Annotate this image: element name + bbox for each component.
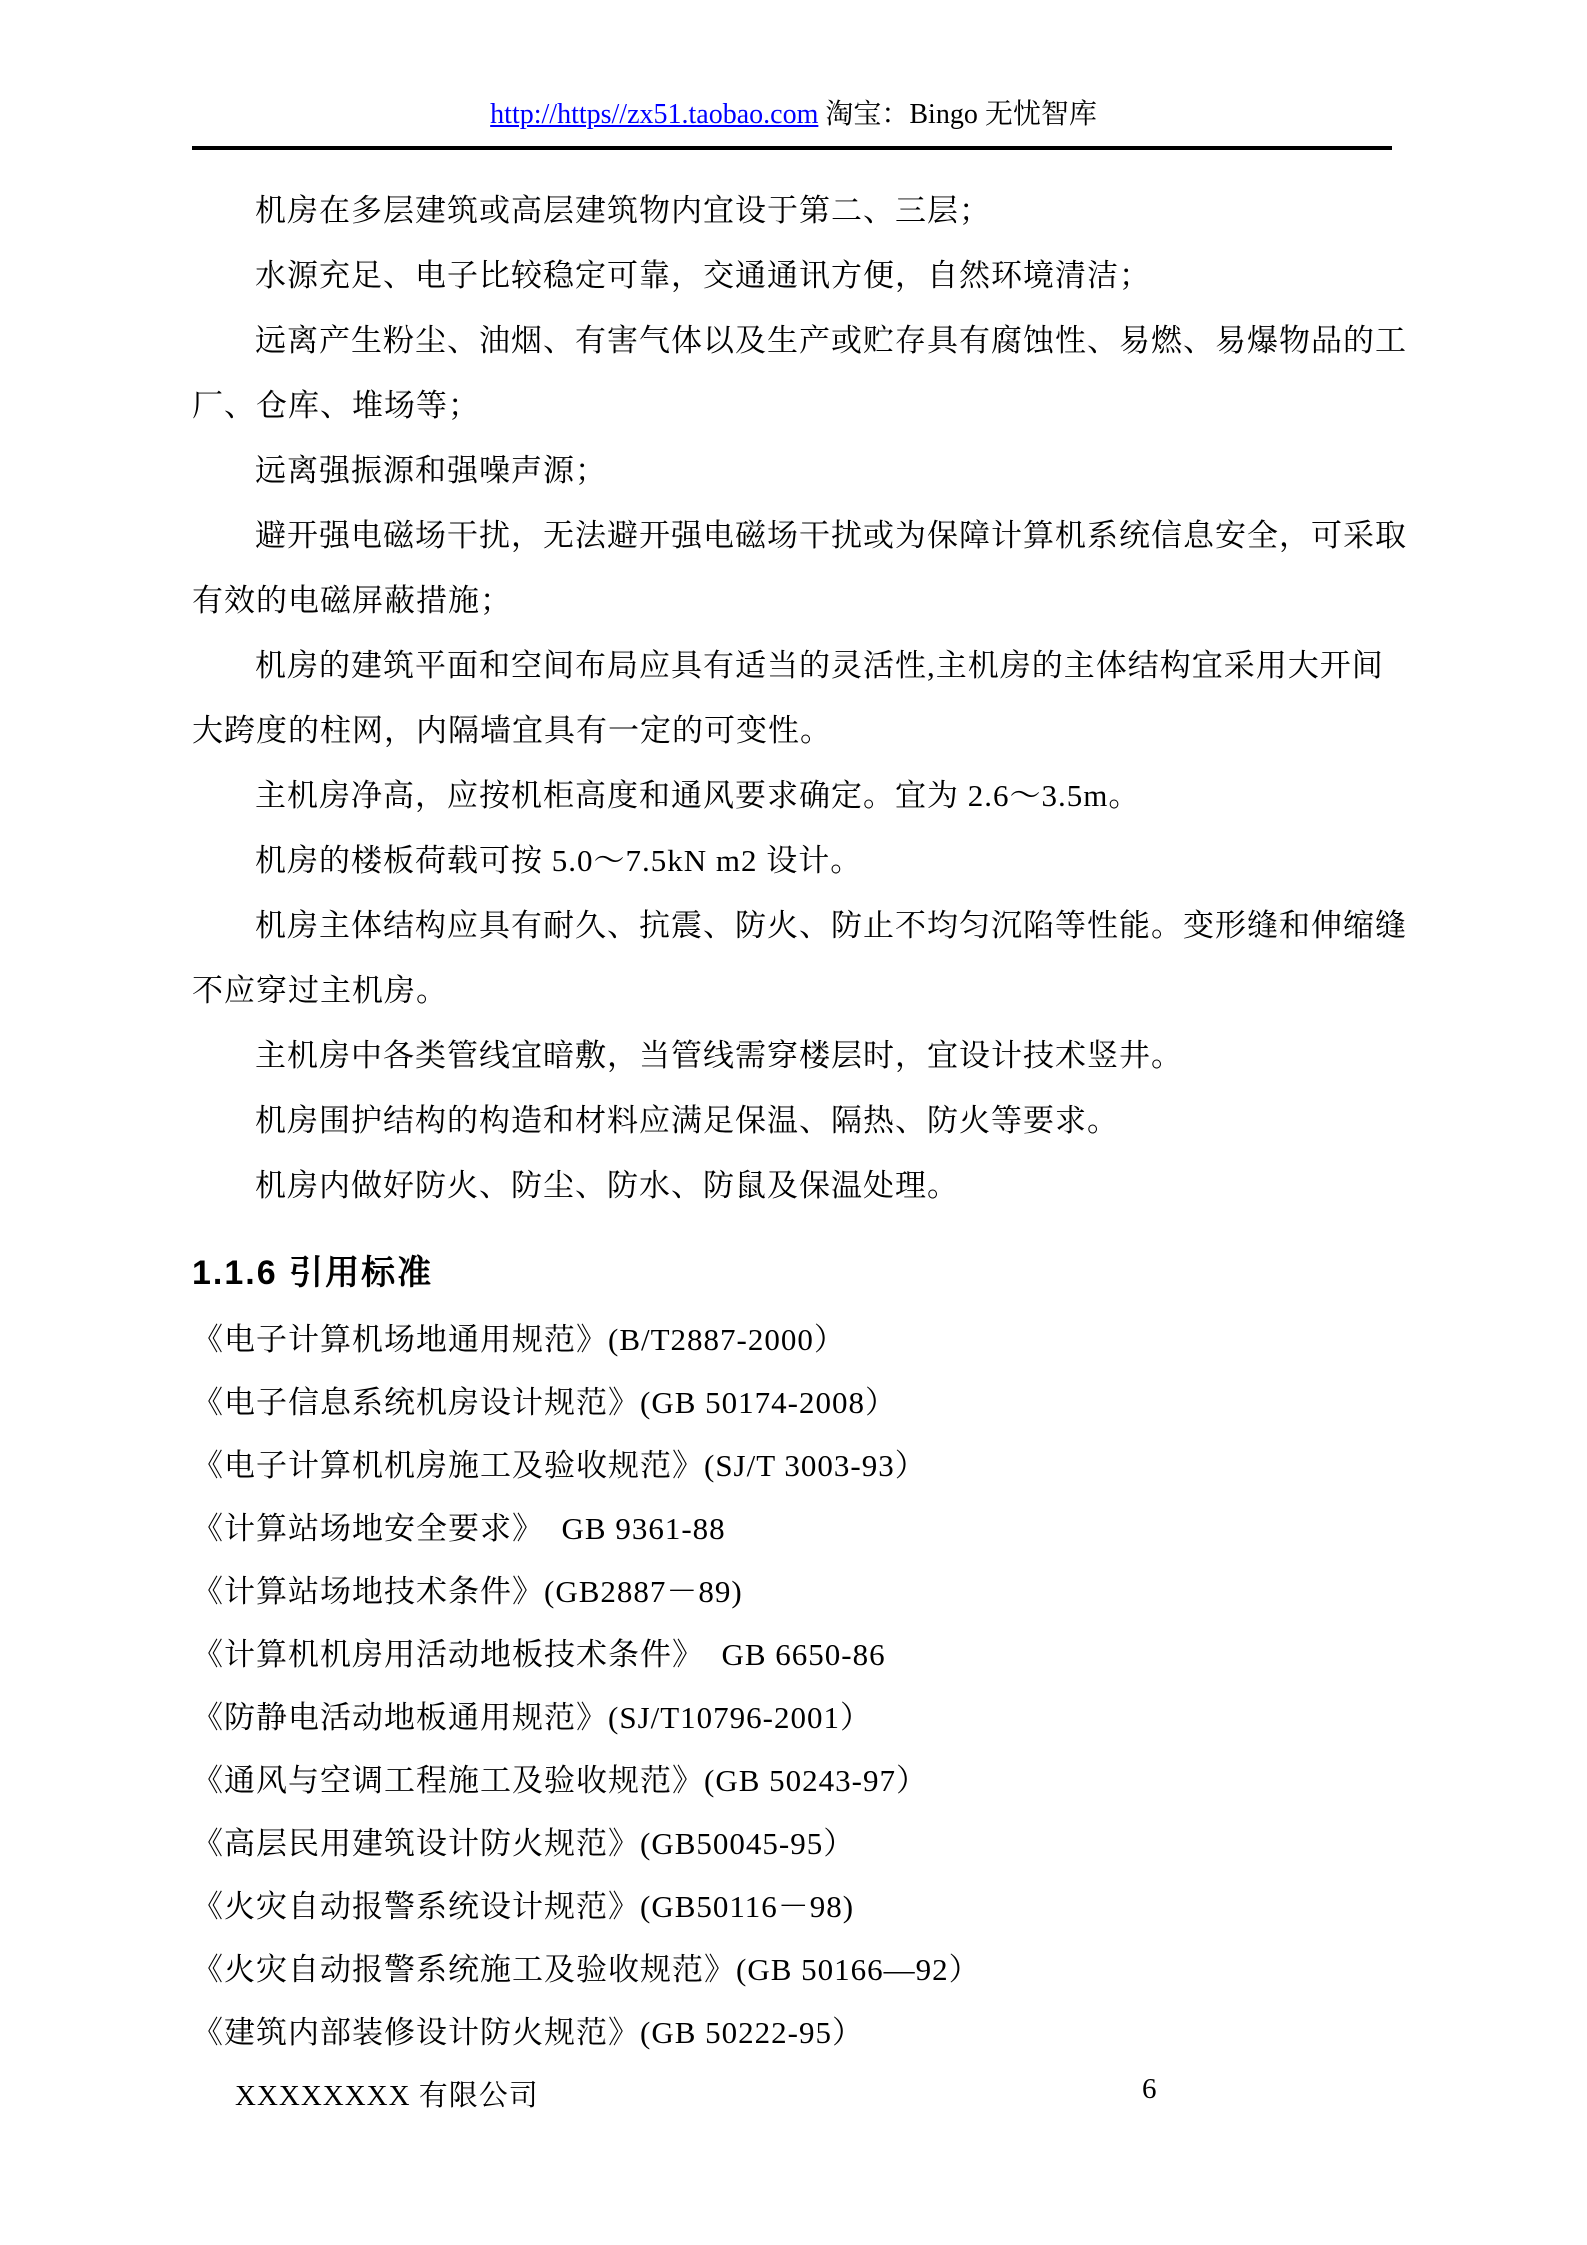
standard-item: 《建筑内部装修设计防火规范》(GB 50222-95） — [192, 2001, 1395, 2064]
body-line: 水源充足、电子比较稳定可靠，交通通讯方便，自然环境清洁； — [192, 243, 1395, 308]
header-link[interactable]: http://https//zx51.taobao.com — [490, 99, 818, 130]
body-line: 机房主体结构应具有耐久、抗震、防火、防止不均匀沉陷等性能。变形缝和伸缩缝 — [192, 893, 1395, 958]
footer-company-name: XXXXXXXX 有限公司 — [235, 2073, 539, 2114]
body-line: 机房的建筑平面和空间布局应具有适当的灵活性,主机房的主体结构宜采用大开间 — [192, 633, 1395, 698]
body-line: 有效的电磁屏蔽措施； — [192, 568, 1395, 633]
document-body: 机房在多层建筑或高层建筑物内宜设于第二、三层； 水源充足、电子比较稳定可靠，交通… — [192, 178, 1395, 2064]
body-line: 厂、仓库、堆场等； — [192, 373, 1395, 438]
body-line: 机房内做好防火、防尘、防水、防鼠及保温处理。 — [192, 1153, 1395, 1218]
section-heading: 1.1.6 引用标准 — [192, 1238, 1395, 1308]
standard-item: 《电子信息系统机房设计规范》(GB 50174-2008） — [192, 1371, 1395, 1434]
body-line: 机房在多层建筑或高层建筑物内宜设于第二、三层； — [192, 178, 1395, 243]
body-line: 主机房净高，应按机柜高度和通风要求确定。宜为 2.6～3.5m。 — [192, 763, 1395, 828]
body-line: 远离产生粉尘、油烟、有害气体以及生产或贮存具有腐蚀性、易燃、易爆物品的工 — [192, 308, 1395, 373]
standard-item: 《火灾自动报警系统施工及验收规范》(GB 50166—92） — [192, 1938, 1395, 2001]
footer-page-number: 6 — [1142, 2073, 1157, 2106]
standards-list: 《电子计算机场地通用规范》(B/T2887-2000） 《电子信息系统机房设计规… — [192, 1308, 1395, 2064]
standard-item: 《通风与空调工程施工及验收规范》(GB 50243-97） — [192, 1749, 1395, 1812]
header-divider — [192, 146, 1392, 150]
page-header: http://https//zx51.taobao.com 淘宝：Bingo 无… — [0, 98, 1587, 132]
body-line: 机房的楼板荷载可按 5.0～7.5kN m2 设计。 — [192, 828, 1395, 893]
standard-item: 《电子计算机机房施工及验收规范》(SJ/T 3003-93） — [192, 1434, 1395, 1497]
standard-item: 《火灾自动报警系统设计规范》(GB50116－98) — [192, 1875, 1395, 1938]
body-line: 大跨度的柱网，内隔墙宜具有一定的可变性。 — [192, 698, 1395, 763]
standard-item: 《电子计算机场地通用规范》(B/T2887-2000） — [192, 1308, 1395, 1371]
body-line: 主机房中各类管线宜暗敷，当管线需穿楼层时，宜设计技术竖井。 — [192, 1023, 1395, 1088]
body-line: 机房围护结构的构造和材料应满足保温、隔热、防火等要求。 — [192, 1088, 1395, 1153]
standard-item: 《高层民用建筑设计防火规范》(GB50045-95） — [192, 1812, 1395, 1875]
body-line: 远离强振源和强噪声源； — [192, 438, 1395, 503]
standard-item: 《计算站场地技术条件》(GB2887－89) — [192, 1560, 1395, 1623]
standard-item: 《防静电活动地板通用规范》(SJ/T10796-2001） — [192, 1686, 1395, 1749]
body-line: 避开强电磁场干扰，无法避开强电磁场干扰或为保障计算机系统信息安全，可采取 — [192, 503, 1395, 568]
body-line: 不应穿过主机房。 — [192, 958, 1395, 1023]
standard-item: 《计算机机房用活动地板技术条件》 GB 6650-86 — [192, 1623, 1395, 1686]
standard-item: 《计算站场地安全要求》 GB 9361-88 — [192, 1497, 1395, 1560]
header-shop-label: 淘宝：Bingo 无忧智库 — [818, 99, 1096, 130]
document-page: http://https//zx51.taobao.com 淘宝：Bingo 无… — [0, 0, 1587, 2245]
